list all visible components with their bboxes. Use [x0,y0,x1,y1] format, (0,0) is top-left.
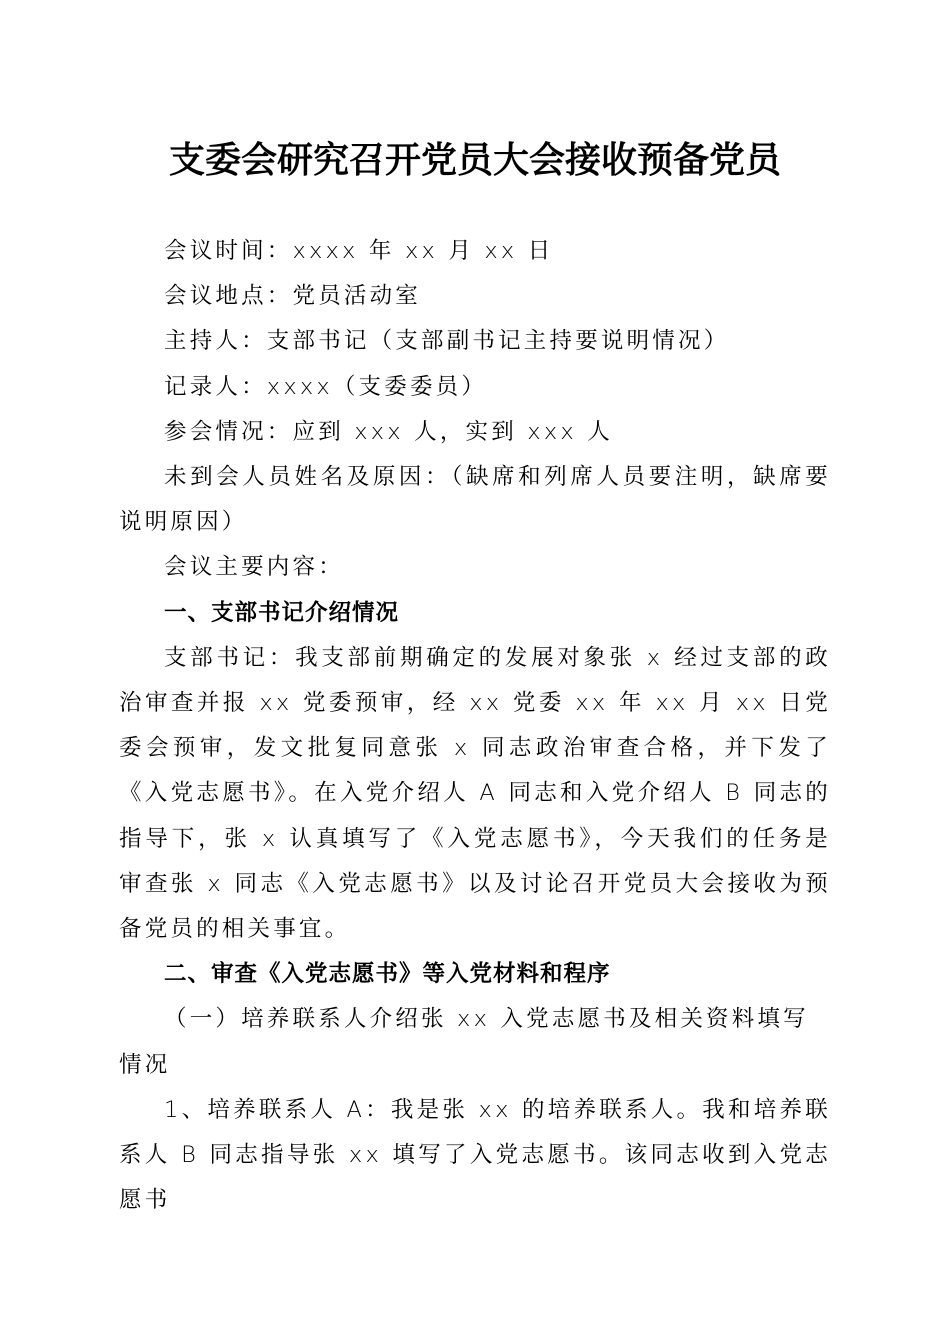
meeting-time: 会议时间：xxxx 年 xx 月 xx 日 [119,229,831,274]
meeting-recorder: 记录人：xxxx（支委委员） [119,365,831,410]
meeting-content-label: 会议主要内容： [119,545,831,590]
section-heading-2: 二、审查《入党志愿书》等入党材料和程序 [119,952,831,997]
section-2-subheading: （一）培养联系人介绍张 xx 入党志愿书及相关资料填写情况 [119,997,831,1087]
document-title: 支委会研究召开党员大会接收预备党员 [0,134,950,186]
section-2-paragraph: 1、培养联系人 A：我是张 xx 的培养联系人。我和培养联系人 B 同志指导张 … [119,1088,831,1224]
meeting-absent: 未到会人员姓名及原因：（缺席和列席人员要注明，缺席要说明原因） [119,455,831,545]
document-body: 会议时间：xxxx 年 xx 月 xx 日 会议地点：党员活动室 主持人：支部书… [119,229,831,1223]
section-1-paragraph: 支部书记：我支部前期确定的发展对象张 x 经过支部的政治审查并报 xx 党委预审… [119,636,831,952]
meeting-attendance: 参会情况：应到 xxx 人，实到 xxx 人 [119,410,831,455]
document-page: 支委会研究召开党员大会接收预备党员 会议时间：xxxx 年 xx 月 xx 日 … [0,0,950,1344]
meeting-location: 会议地点：党员活动室 [119,274,831,319]
meeting-host: 主持人：支部书记（支部副书记主持要说明情况） [119,319,831,364]
section-heading-1: 一、支部书记介绍情况 [119,591,831,636]
